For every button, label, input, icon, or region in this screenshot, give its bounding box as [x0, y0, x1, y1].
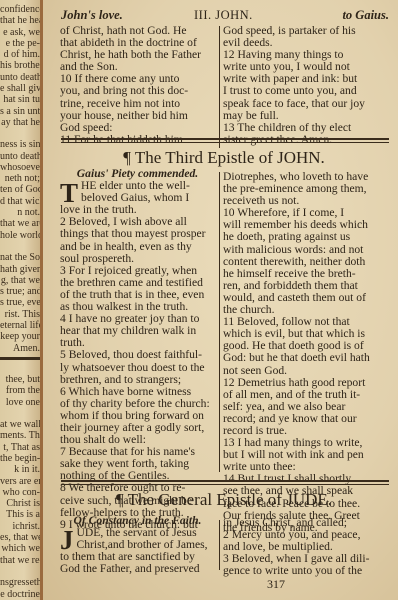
fragment-line: eternal life.: [0, 320, 40, 331]
text-line: 2 Mercy unto you, and peace,: [223, 529, 386, 541]
jude-left-column: Of Constancy in the Faith. J UDE, the se…: [60, 515, 215, 575]
fragment-line: s a sin unto: [0, 106, 40, 117]
text-line: 2 Beloved, I wish above all: [60, 216, 215, 228]
text-line: God the Father, and preserved: [60, 563, 215, 575]
fragment-line: that he hear: [0, 15, 40, 26]
text-line: write with paper and ink: but: [223, 73, 386, 85]
section-rule: [61, 480, 389, 485]
column-divider: [219, 26, 220, 148]
second-john-right-column: God speed, is partaker of hisevil deeds.…: [223, 25, 386, 146]
text-line: you, and bring not this doc-: [60, 85, 215, 97]
fragment-line: from the: [0, 385, 40, 396]
running-head-center: III. JOHN.: [194, 8, 253, 23]
text-line: he himself receive the breth-: [223, 268, 386, 280]
fragment-line: which we: [0, 543, 40, 554]
fragment-line: love one: [0, 397, 40, 408]
text-line: write unto you, I would not: [223, 61, 386, 73]
fragment-line: thee, but: [0, 374, 40, 385]
fragment-line: keep your: [0, 331, 40, 342]
fragment-line: that we re-: [0, 555, 40, 566]
fragment-line: unto death.: [0, 151, 40, 162]
fragment-line: e the pe-: [0, 38, 40, 49]
text-line: 3 For I rejoiced greatly, when: [60, 265, 215, 277]
fragment-line: This is a: [0, 509, 40, 520]
text-line: God speed, is partaker of his: [223, 25, 386, 37]
text-line: but I will not with ink and pen: [223, 449, 386, 461]
fragment-line: unto death,: [0, 72, 40, 83]
text-line: and love, be multiplied.: [223, 541, 386, 553]
text-line: thou shalt do well:: [60, 434, 215, 446]
text-line: record; and ye know that our: [223, 413, 386, 425]
fragment-line: e shall give: [0, 83, 40, 94]
fragment-line: nsgresseth,: [0, 577, 40, 588]
text-line: speak face to face, that our joy: [223, 98, 386, 110]
text-line: UDE, the servant of Jesus: [77, 527, 216, 539]
fragment-line: confidence: [0, 4, 40, 15]
text-line: content therewith, neither doth: [223, 256, 386, 268]
fragment-line: Amen.: [0, 343, 40, 354]
text-line: write unto thee:: [223, 461, 386, 473]
text-line: love in the truth.: [60, 204, 215, 216]
text-line: that abideth in the doctrine of: [60, 37, 215, 49]
previous-page-edge: confidencethat he heare ask, wee the pe-…: [0, 0, 40, 600]
text-line: and the Son.: [60, 61, 215, 73]
text-line: Diotrephes, who loveth to have: [223, 171, 386, 183]
fragment-line: Christ is: [0, 498, 40, 509]
column-divider: [219, 172, 220, 472]
text-line: Christ, he hath both the Father: [60, 49, 215, 61]
fragment-line: nat the Son: [0, 252, 40, 263]
text-line: receiveth us not.: [223, 195, 386, 207]
running-head: John's love. III. JOHN. to Gaius.: [59, 8, 389, 22]
fragment-line: k in it.: [0, 464, 40, 475]
text-line: things that thou mayest prosper: [60, 228, 215, 240]
text-line: to them that are sanctified by: [60, 551, 215, 563]
section-rule: [61, 138, 389, 143]
fragment-line: d that wick-: [0, 196, 40, 207]
text-line: trine, receive him not into: [60, 98, 215, 110]
fragment-line: ay that he: [0, 117, 40, 128]
fragment-line: vers are en-: [0, 476, 40, 487]
text-line: the church.: [223, 304, 386, 316]
text-line: will remember his deeds which: [223, 219, 386, 231]
text-line: brethren, and to strangers;: [60, 374, 215, 386]
text-line: as thou walkest in the truth.: [60, 301, 215, 313]
text-line: ren, and forbiddeth them that: [223, 280, 386, 292]
jude-right-column: in Jesus Christ, and called;2 Mercy unto…: [223, 517, 386, 577]
text-line: 5 Beloved, thou doest faithful-: [60, 349, 215, 361]
column-divider: [219, 520, 220, 570]
text-line: of all men, and of the truth it-: [223, 389, 386, 401]
text-line: 11 Beloved, follow not that: [223, 316, 386, 328]
fragment-line: ness is sin:: [0, 139, 40, 150]
third-john-left-column: Gaius' Piety commended. T HE elder unto …: [60, 168, 215, 531]
running-head-left: John's love.: [61, 8, 123, 23]
text-line: would, and casteth them out of: [223, 292, 386, 304]
fragment-line: hat sin tu: [0, 94, 40, 105]
text-line: record is true.: [223, 425, 386, 437]
second-john-left-column: of Christ, hath not God. Hethat abideth …: [60, 25, 215, 146]
fragment-line: t, That as: [0, 442, 40, 453]
fragment-line: e ask, we: [0, 27, 40, 38]
fragment-line: who con-: [0, 487, 40, 498]
fragment-line: hole world: [0, 230, 40, 241]
fragment-line: e doctrine: [0, 589, 40, 600]
fragment-line: es, that we: [0, 532, 40, 543]
fragment-line: s true, even: [0, 297, 40, 308]
text-line: whom if thou bring forward on: [60, 410, 215, 422]
drop-cap: J: [60, 529, 74, 551]
text-line: sake they went forth, taking: [60, 458, 215, 470]
text-line: 13 The children of thy elect: [223, 122, 386, 134]
fragment-line: n not.: [0, 207, 40, 218]
text-line: 6 Which have borne witness: [60, 386, 215, 398]
text-line: 3 Beloved, when I gave all dili-: [223, 553, 386, 565]
previous-page-text: confidencethat he heare ask, wee the pe-…: [0, 4, 40, 600]
fragment-line: neth not;: [0, 173, 40, 184]
text-line: your house, neither bid him: [60, 110, 215, 122]
text-line: I trust to come unto you, and: [223, 85, 386, 97]
text-line: may be full.: [223, 110, 386, 122]
fragment-line: rist. This: [0, 309, 40, 320]
drop-cap: T: [60, 182, 78, 204]
text-line: not seen God.: [223, 365, 386, 377]
fragment-line: at we walk: [0, 419, 40, 430]
fragment-line: ichrist.: [0, 521, 40, 532]
text-line: gence to write unto you of the: [223, 565, 386, 577]
jude-title: ¶ The General Epistle of JUDE.: [59, 490, 389, 510]
fragment-line: the begin-: [0, 453, 40, 464]
third-john-title: ¶ The Third Epistle of JOHN.: [59, 148, 389, 168]
fragment-rule: [0, 357, 40, 360]
section-heading: Gaius' Piety commended.: [60, 168, 215, 180]
text-line: truth.: [60, 337, 215, 349]
text-line: the pre-eminence among them,: [223, 183, 386, 195]
fragment-line: [0, 408, 40, 419]
text-line: 10 If there come any unto: [60, 73, 215, 85]
section-heading: Of Constancy in the Faith.: [60, 515, 215, 527]
text-line: soul prospereth.: [60, 253, 215, 265]
text-line: their journey after a godly sort,: [60, 422, 215, 434]
text-line: which is evil, but that which is: [223, 328, 386, 340]
text-line: Christ,and brother of James,: [77, 539, 216, 551]
fragment-line: g, that we: [0, 275, 40, 286]
text-line: he doeth, prating against us: [223, 231, 386, 243]
text-line: 13 I had many things to write,: [223, 437, 386, 449]
fragment-line: whosoever: [0, 162, 40, 173]
fragment-line: that we are: [0, 218, 40, 229]
text-line: 12 Demetrius hath good report: [223, 377, 386, 389]
text-line: of Christ, hath not God. He: [60, 25, 215, 37]
running-head-right: to Gaius.: [342, 8, 389, 23]
text-line: evil deeds.: [223, 37, 386, 49]
text-line: with malicious words: and not: [223, 244, 386, 256]
fragment-line: ten of God: [0, 184, 40, 195]
text-line: 7 Because that for his name's: [60, 446, 215, 458]
text-line: hear that my children walk in: [60, 325, 215, 337]
text-line: the brethren came and testified: [60, 277, 215, 289]
fragment-line: ments. This: [0, 430, 40, 441]
text-line: ly whatsoever thou doest to the: [60, 362, 215, 374]
page-number: 317: [267, 577, 285, 592]
text-line: God speed:: [60, 122, 215, 134]
text-line: and be in health, even as thy: [60, 241, 215, 253]
text-line: self: yea, and we also bear: [223, 401, 386, 413]
text-line: 12 Having many things to: [223, 49, 386, 61]
text-line: in Jesus Christ, and called;: [223, 517, 386, 529]
fragment-line: his brother: [0, 60, 40, 71]
text-line: of thy charity before the church:: [60, 398, 215, 410]
text-line: of the truth that is in thee, even: [60, 289, 215, 301]
fragment-line: hath given: [0, 264, 40, 275]
fragment-line: d of him.: [0, 49, 40, 60]
text-line: 10 Wherefore, if I come, I: [223, 207, 386, 219]
fragment-line: [0, 566, 40, 577]
text-line: beloved Gaius, whom I: [81, 192, 215, 204]
fragment-line: [0, 241, 40, 252]
fragment-line: s true; and: [0, 286, 40, 297]
text-line: good. He that doeth good is of: [223, 340, 386, 352]
text-line: 4 I have no greater joy than to: [60, 313, 215, 325]
text-line: God: but he that doeth evil hath: [223, 352, 386, 364]
page-317: John's love. III. JOHN. to Gaius. of Chr…: [43, 0, 398, 600]
text-line: HE elder unto the well-: [81, 180, 215, 192]
